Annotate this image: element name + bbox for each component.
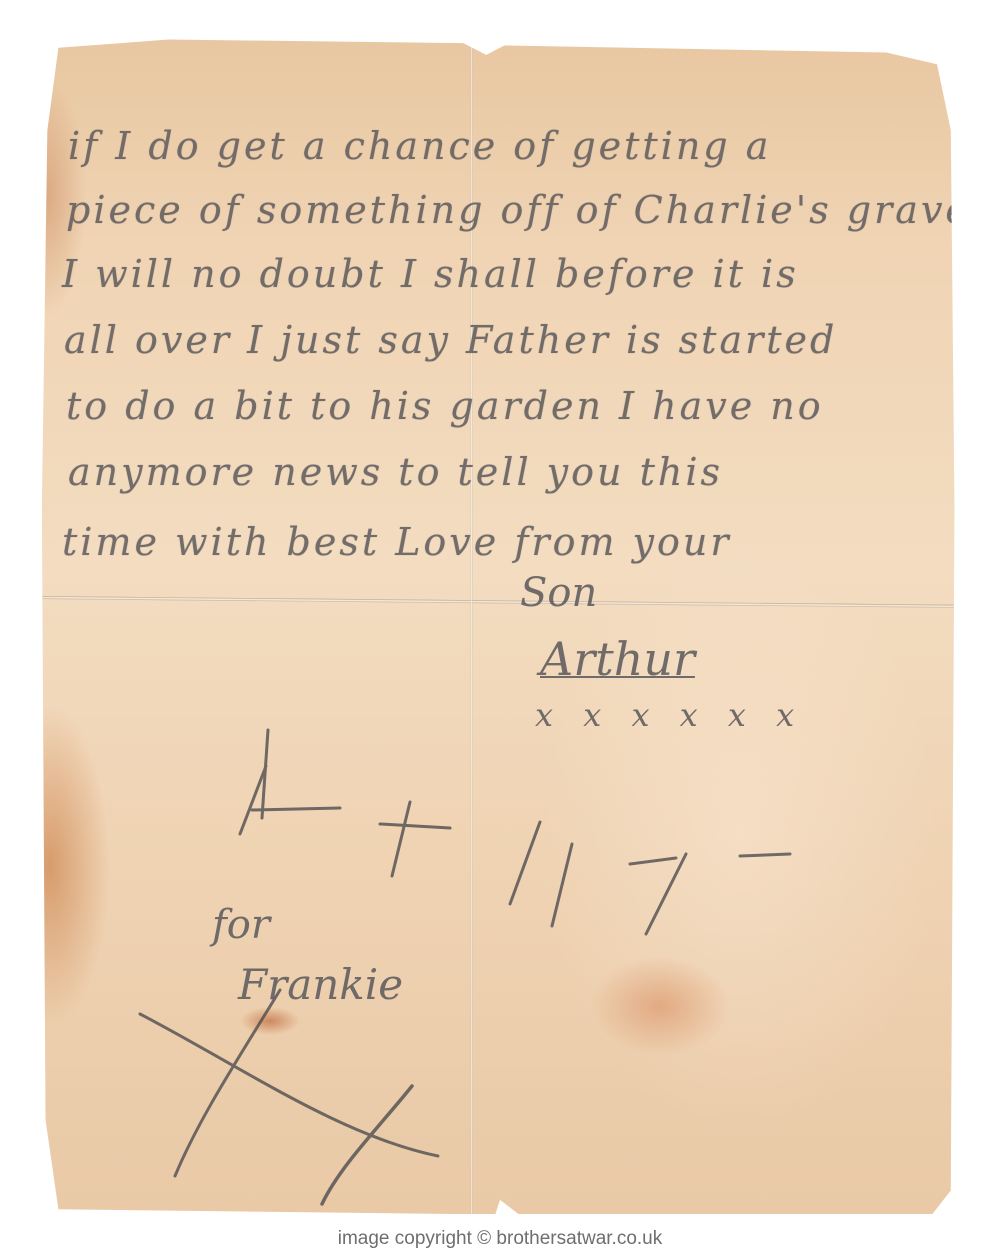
pencil-strokes-drawing: [40, 36, 960, 1214]
letter-paper: if I do get a chance of getting a piece …: [40, 36, 960, 1214]
copyright-caption: image copyright © brothersatwar.co.uk: [0, 1228, 1000, 1250]
